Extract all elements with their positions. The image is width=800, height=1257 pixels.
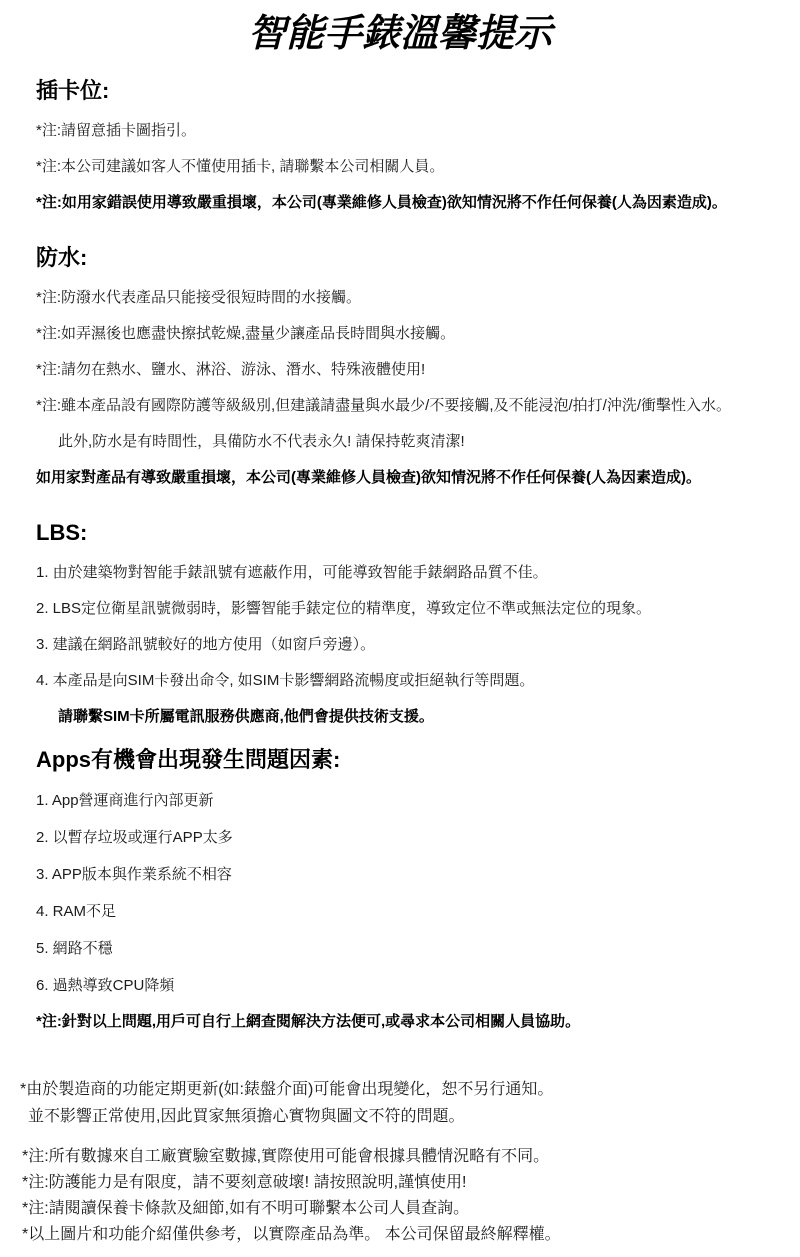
footer-update-note: *由於製造商的功能定期更新(如:錶盤介面)可能會出現變化，恕不另行通知。 並不影… [20,1076,764,1130]
footer-disclaimer-2: *注:防護能力是有限度，請不要刻意破壞! 請按照說明,謹慎使用! [22,1170,764,1196]
waterproof-note-1: *注:防潑水代表產品只能接受很短時間的水接觸。 [36,289,764,306]
lbs-support-note: 請聯繫SIM卡所屬電訊服務供應商,他們會提供技術支援。 [36,708,764,725]
waterproof-warranty-note: 如用家對產品有導致嚴重損壞，本公司(專業維修人員檢查)欲知情況將不作任何保養(人… [36,469,764,486]
sim-note-1: *注:請留意插卡圖指引。 [36,122,764,139]
lbs-heading: LBS: [36,520,764,545]
section-sim-card: 插卡位: *注:請留意插卡圖指引。 *注:本公司建議如客人不懂使用插卡, 請聯繫… [36,78,764,211]
lbs-item-1: 1. 由於建築物對智能手錶訊號有遮蔽作用，可能導致智能手錶網路品質不佳。 [36,564,764,581]
footer-update-line-2: 並不影響正常使用,因此買家無須擔心實物與圖文不符的問題。 [20,1103,764,1130]
footer-update-line-1: *由於製造商的功能定期更新(如:錶盤介面)可能會出現變化，恕不另行通知。 [20,1076,764,1103]
apps-item-3: 3. APP版本與作業系統不相容 [36,866,764,883]
footer-disclaimer-1: *注:所有數據來自工廠實驗室數據,實際使用可能會根據具體情況略有不同。 [22,1144,764,1170]
waterproof-time-note: 此外,防水是有時間性，具備防水不代表永久! 請保持乾爽清潔! [36,433,764,450]
footer-disclaimer-3: *注:請閱讀保養卡條款及細節,如有不明可聯繫本公司人員查詢。 [22,1196,764,1222]
section-lbs: LBS: 1. 由於建築物對智能手錶訊號有遮蔽作用，可能導致智能手錶網路品質不佳… [36,520,764,725]
sim-card-heading: 插卡位: [36,78,764,103]
section-apps: Apps有機會出現發生問題因素: 1. App營運商進行內部更新 2. 以暫存垃… [36,747,764,1030]
sim-note-2: *注:本公司建議如客人不懂使用插卡, 請聯繫本公司相關人員。 [36,158,764,175]
page-title: 智能手錶溫馨提示 [36,12,764,56]
apps-item-5: 5. 網路不穩 [36,940,764,957]
waterproof-heading: 防水: [36,245,764,270]
lbs-item-4: 4. 本產品是向SIM卡發出命令, 如SIM卡影響網路流暢度或拒絕執行等問題。 [36,672,764,689]
apps-list: 1. App營運商進行內部更新 2. 以暫存垃圾或運行APP太多 3. APP版… [36,792,764,994]
document: 智能手錶溫馨提示 插卡位: *注:請留意插卡圖指引。 *注:本公司建議如客人不懂… [0,12,800,1248]
section-waterproof: 防水: *注:防潑水代表產品只能接受很短時間的水接觸。 *注:如弄濕後也應盡快擦… [36,245,764,486]
apps-heading: Apps有機會出現發生問題因素: [36,747,764,772]
waterproof-note-4: *注:雖本產品設有國際防護等級級別,但建議請盡量與水最少/不要接觸,及不能浸泡/… [36,397,764,414]
apps-item-2: 2. 以暫存垃圾或運行APP太多 [36,829,764,846]
footer-disclaimer-4: *以上圖片和功能介紹僅供參考，以實際產品為準。 本公司保留最終解釋權。 [22,1222,764,1248]
apps-solution-note: *注:針對以上問題,用戶可自行上網查閱解決方法便可,或尋求本公司相關人員協助。 [36,1013,764,1030]
apps-item-1: 1. App營運商進行內部更新 [36,792,764,809]
waterproof-note-2: *注:如弄濕後也應盡快擦拭乾燥,盡量少讓產品長時間與水接觸。 [36,325,764,342]
waterproof-note-3: *注:請勿在熱水、鹽水、淋浴、游泳、潛水、特殊液體使用! [36,361,764,378]
apps-item-6: 6. 過熱導致CPU降頻 [36,977,764,994]
sim-note-3: *注:如用家錯誤使用導致嚴重損壞，本公司(專業維修人員檢查)欲知情況將不作任何保… [36,194,764,211]
footer-disclaimers: *注:所有數據來自工廠實驗室數據,實際使用可能會根據具體情況略有不同。 *注:防… [22,1144,764,1248]
lbs-item-3: 3. 建議在網路訊號較好的地方使用（如窗戶旁邊）。 [36,636,764,653]
apps-item-4: 4. RAM不足 [36,903,764,920]
lbs-item-2: 2. LBS定位衛星訊號微弱時，影響智能手錶定位的精準度，導致定位不準或無法定位… [36,600,764,617]
